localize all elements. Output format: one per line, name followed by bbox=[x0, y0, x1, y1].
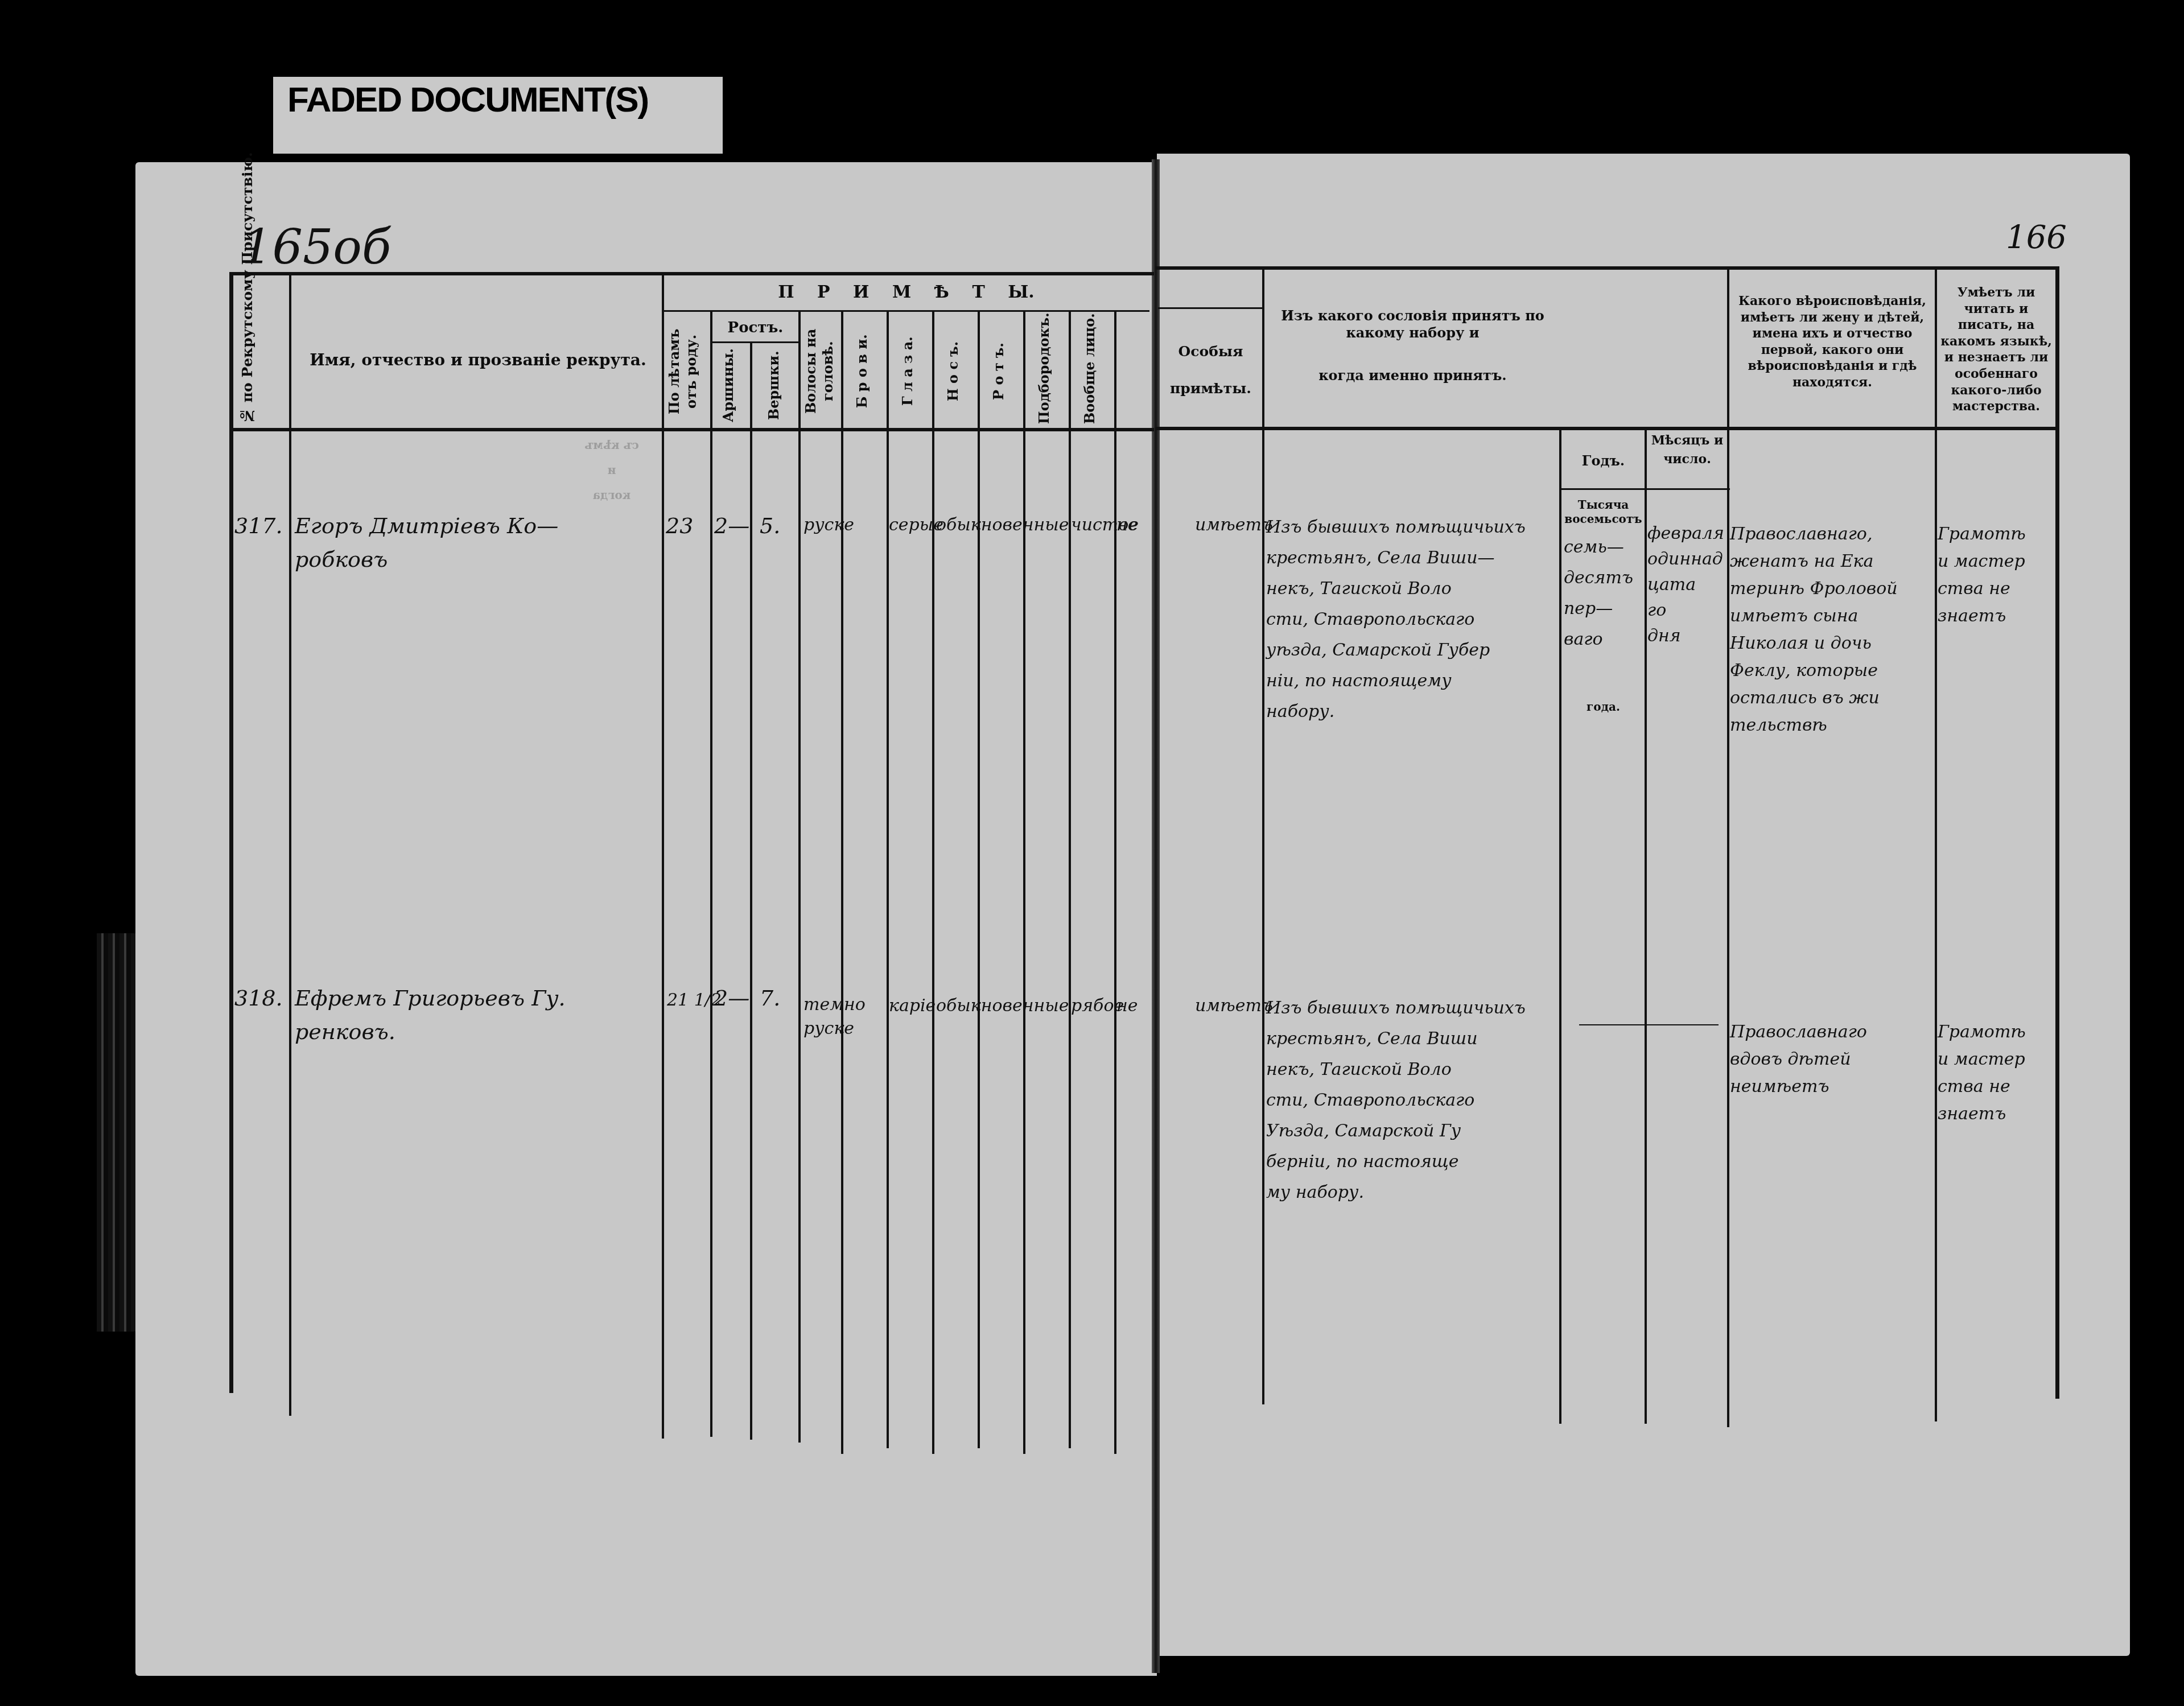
header-name: Имя, отчество и прозваніе рекрута. bbox=[296, 350, 660, 370]
row-317-hair: руске bbox=[803, 512, 854, 539]
row-317-chin: чистое bbox=[1071, 512, 1111, 539]
header-number: № по Рекрутскому Присутствію. bbox=[238, 285, 257, 424]
col-border bbox=[2055, 266, 2059, 1399]
header-eyes: Г л а з а. bbox=[899, 319, 916, 424]
row-318-arshin: 2— bbox=[714, 982, 749, 1015]
col-border bbox=[1935, 266, 1937, 1421]
header-nose: Н о с ъ. bbox=[945, 319, 962, 424]
row-318-number: 318. bbox=[234, 982, 283, 1015]
col-border bbox=[289, 272, 291, 1416]
row-318-hair: темно руске bbox=[803, 993, 866, 1041]
col-border bbox=[662, 272, 664, 1439]
row-317-special: имѣетъ bbox=[1195, 512, 1273, 539]
dash-318-year bbox=[1579, 1024, 1719, 1025]
row-318-features: обыкновенные bbox=[936, 993, 1069, 1020]
row-317-age: 23 bbox=[666, 509, 693, 543]
header-rost: Ростъ. bbox=[711, 319, 800, 337]
folio-number-left: 165об bbox=[242, 219, 391, 275]
col-border bbox=[841, 310, 843, 1454]
header-month: Мѣсяцъ и число. bbox=[1647, 431, 1727, 469]
header-bottom-left bbox=[229, 428, 1154, 431]
special-divider bbox=[1158, 307, 1263, 309]
header-chin: Подбородокъ. bbox=[1036, 319, 1053, 424]
row-317-year: семь— десятъ пер— ваго bbox=[1564, 532, 1643, 655]
table-top-border-right bbox=[1155, 266, 2057, 270]
row-317-literacy: Грамотѣ и мастер ства не знаетъ bbox=[1938, 521, 2054, 630]
col-border bbox=[1069, 310, 1071, 1448]
col-border bbox=[1559, 428, 1561, 1424]
col-border bbox=[1114, 310, 1116, 1454]
row-317-brows: серые bbox=[889, 512, 943, 539]
col-border bbox=[798, 310, 801, 1443]
header-religion: Какого вѣроисповѣданія, имѣетъ ли жену и… bbox=[1733, 293, 1932, 391]
header-arshin: Аршины. bbox=[720, 347, 737, 424]
col-border bbox=[750, 341, 752, 1440]
row-317-number: 317. bbox=[234, 509, 283, 543]
row-318-special: имѣетъ bbox=[1195, 993, 1273, 1020]
header-primety: П Р И М Ѣ Т Ы. bbox=[663, 282, 1149, 303]
header-year: Годъ. bbox=[1562, 452, 1645, 469]
row-317-features: обыкновенные bbox=[936, 512, 1069, 539]
row-318-vershok: 7. bbox=[760, 982, 780, 1015]
row-317-vershok: 5. bbox=[760, 509, 780, 543]
header-special: Особыя примѣты. bbox=[1161, 333, 1260, 407]
header-literacy: Умѣетъ ли читать и писать, на какомъ язы… bbox=[1939, 285, 2053, 415]
archive-label: FADED DOCUMENT(S) bbox=[287, 80, 648, 120]
header-face: Вообще лицо. bbox=[1081, 319, 1098, 424]
bleed-through-text: съ кѣмъ и когда bbox=[569, 432, 654, 508]
row-318-age: 21 1/2 bbox=[667, 987, 722, 1014]
table-top-border-left bbox=[229, 272, 1154, 275]
col-border bbox=[1645, 428, 1647, 1424]
row-318-name: Ефремъ Григорьевъ Гу. ренковъ. bbox=[295, 982, 665, 1049]
header-estate-2: когда именно принятъ. bbox=[1266, 367, 1559, 384]
header-estate: Изъ какого сословія принятъ по какому на… bbox=[1266, 307, 1559, 341]
row-318-brows: каріе bbox=[889, 993, 936, 1020]
row-318-religion: Православнаго вдовъ дѣтей неимѣетъ bbox=[1730, 1019, 1935, 1101]
header-bottom-right bbox=[1155, 427, 2057, 430]
folio-number-right: 166 bbox=[2006, 219, 2067, 256]
row-317-arshin: 2— bbox=[714, 509, 749, 543]
header-age: По лѣтамъ отъ роду. bbox=[666, 319, 708, 424]
row-317-face: не bbox=[1116, 512, 1138, 539]
col-border bbox=[229, 272, 233, 1393]
col-border bbox=[1023, 310, 1025, 1454]
row-317-month: февраля одиннад цата го дня bbox=[1647, 521, 1727, 649]
primety-divider bbox=[663, 310, 1149, 312]
row-318-literacy: Грамотѣ и мастер ства не знаетъ bbox=[1938, 1019, 2054, 1128]
col-border bbox=[1262, 266, 1264, 1404]
row-317-name: Егоръ Дмитріевъ Ко— робковъ bbox=[295, 509, 665, 576]
col-border bbox=[932, 310, 934, 1454]
col-border bbox=[1727, 266, 1729, 1427]
rost-divider bbox=[711, 341, 800, 343]
row-318-estate: Изъ бывшихъ помѣщичьихъ крестьянъ, Села … bbox=[1266, 993, 1559, 1208]
row-317-religion: Православнаго, женатъ на Ека теринѣ Фрол… bbox=[1730, 521, 1935, 739]
col-border bbox=[978, 310, 980, 1448]
row-317-estate: Изъ бывшихъ помѣщичьихъ крестьянъ, Села … bbox=[1266, 512, 1559, 727]
row-318-face: не bbox=[1116, 993, 1138, 1020]
year-printed-bottom: года. bbox=[1562, 700, 1645, 714]
header-hair: Волосы на головѣ. bbox=[802, 319, 839, 424]
col-border bbox=[710, 310, 712, 1437]
year-printed-top: Тысяча восемьсотъ bbox=[1562, 498, 1645, 526]
col-border bbox=[887, 310, 889, 1448]
header-vershok: Вершки. bbox=[765, 347, 782, 424]
book-fold bbox=[1152, 159, 1160, 1673]
header-brows: Б р о в и. bbox=[854, 319, 871, 424]
header-mouth: Р о т ъ. bbox=[990, 319, 1007, 424]
